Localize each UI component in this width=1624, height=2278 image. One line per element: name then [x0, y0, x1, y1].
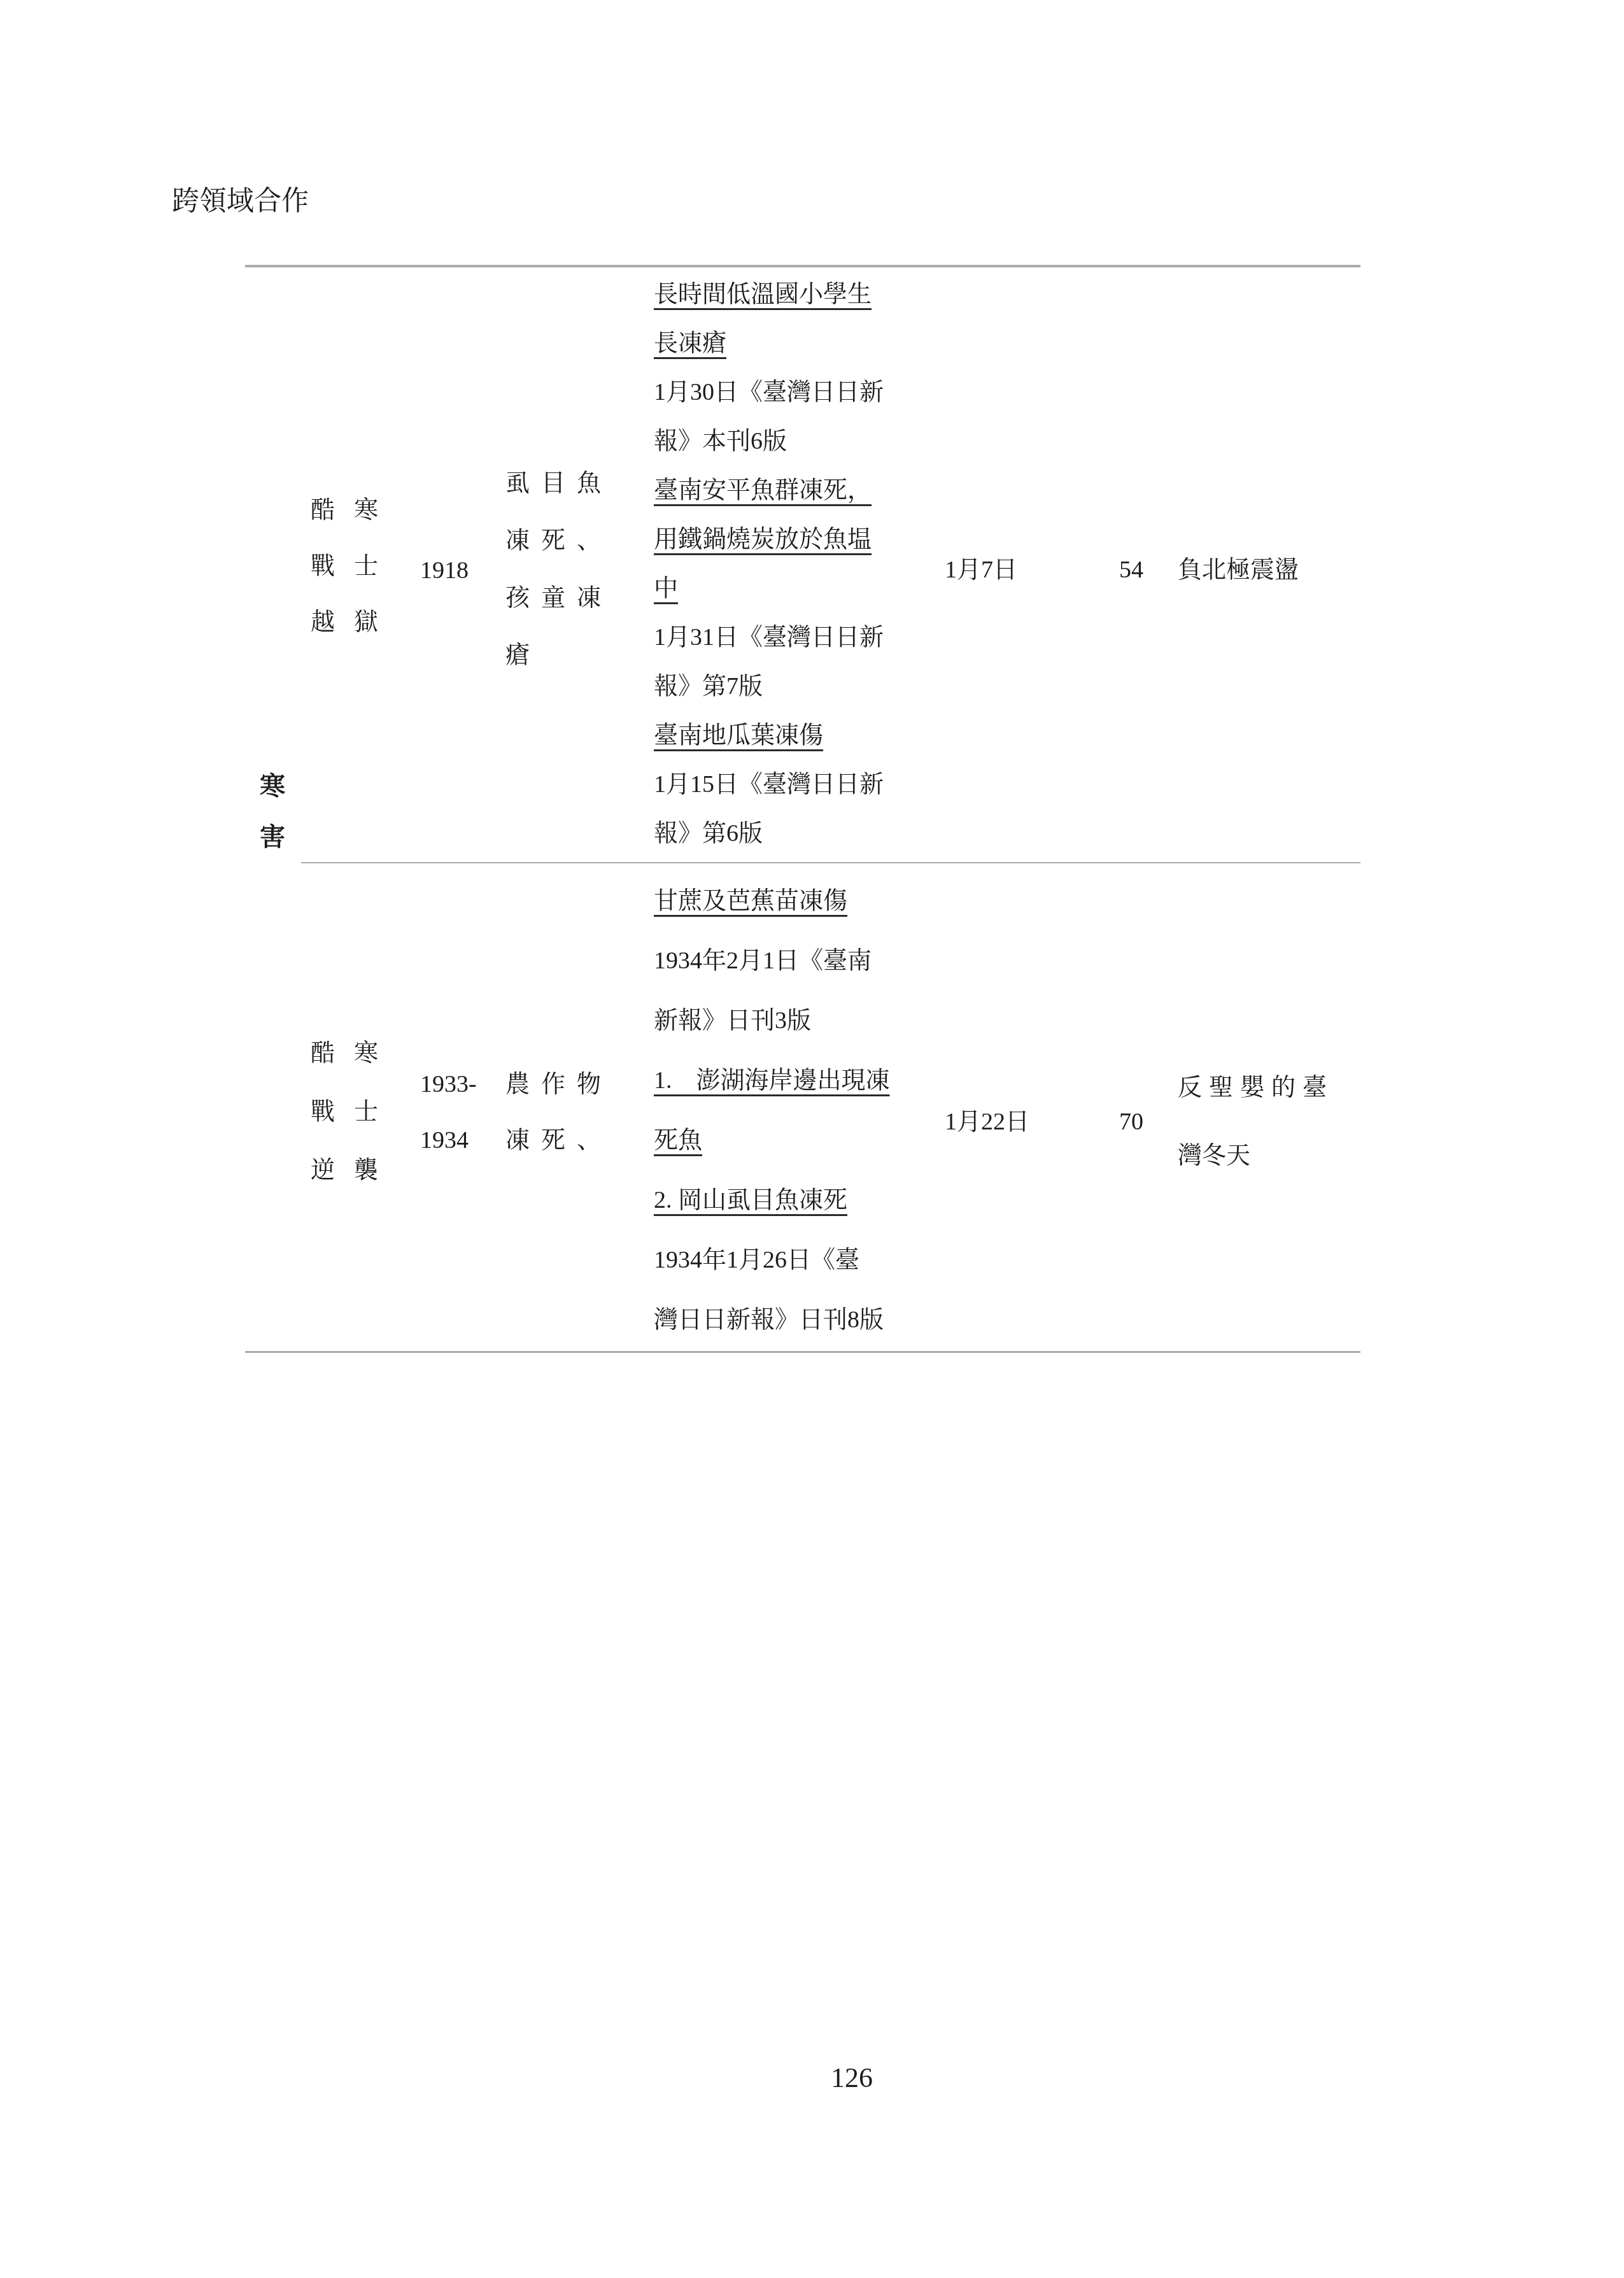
- news-source-line: 2. 岡山虱目魚凍死: [654, 1170, 937, 1230]
- event-name-line: 戰士: [311, 538, 378, 594]
- news-source-line: 臺南安平魚群凍死，: [654, 466, 937, 515]
- row2-news-sources-cell: 甘蔗及芭蕉苗凍傷1934年2月1日《臺南新報》日刊3版1. 澎湖海岸邊出現凍死魚…: [654, 871, 937, 1350]
- news-source-line: 臺南地瓜葉凍傷: [654, 711, 937, 760]
- year-line: 1918: [420, 555, 488, 586]
- row2-count-cell: 70: [1119, 1107, 1157, 1137]
- row1-episode-name-cell: 負北極震盪: [1178, 555, 1327, 585]
- event-name-line: 越獄: [311, 594, 378, 650]
- row2-year-cell: 1933-1934: [420, 1056, 488, 1168]
- year-line: 1934: [420, 1112, 488, 1168]
- disaster-line: 凍死、: [505, 512, 601, 569]
- news-source-line: 報》第7版: [654, 662, 937, 711]
- disaster-line: 孩童凍: [505, 569, 601, 626]
- category-cell: 寒害: [260, 761, 289, 863]
- row1-news-sources-cell: 長時間低溫國小學生長凍瘡1月30日《臺灣日日新報》本刊6版臺南安平魚群凍死，用鐵…: [654, 270, 937, 858]
- news-source-line: 灣日日新報》日刊8版: [654, 1290, 937, 1350]
- document-page: 跨領域合作 寒害 酷寒戰士越獄 1918 虱目魚凍死、孩童凍瘡 長時間低溫國小學…: [0, 0, 1624, 2278]
- row2-disaster-cell: 農作物凍死、: [505, 1056, 601, 1168]
- news-source-line: 1. 澎湖海岸邊出現凍: [654, 1051, 937, 1110]
- row1-year-cell: 1918: [420, 555, 488, 586]
- news-source-line: 1月31日《臺灣日日新: [654, 613, 937, 662]
- news-source-line: 用鐵鍋燒炭放於魚塭: [654, 515, 937, 564]
- news-source-line: 報》第6版: [654, 809, 937, 858]
- disaster-line: 農作物: [505, 1056, 601, 1112]
- news-source-line: 甘蔗及芭蕉苗凍傷: [654, 871, 937, 931]
- table-row-divider: [301, 862, 1360, 863]
- event-name-line: 戰士: [311, 1082, 378, 1141]
- disaster-line: 虱目魚: [505, 455, 601, 512]
- table-bottom-rule: [245, 1351, 1360, 1353]
- row1-date-cell: 1月7日: [945, 555, 1053, 585]
- disaster-line: 瘡: [505, 626, 601, 684]
- page-number: 126: [831, 2062, 873, 2095]
- episode-name-line: 灣冬天: [1178, 1122, 1327, 1190]
- news-source-line: 1934年2月1日《臺南: [654, 931, 937, 991]
- episode-name-line: 反聖嬰的臺: [1178, 1054, 1327, 1122]
- news-source-line: 報》本刊6版: [654, 417, 937, 466]
- news-source-line: 1月15日《臺灣日日新: [654, 760, 937, 809]
- news-source-line: 1月30日《臺灣日日新: [654, 368, 937, 417]
- episode-name-line: 負北極震盪: [1178, 555, 1327, 585]
- row2-episode-name-cell: 反聖嬰的臺灣冬天: [1178, 1054, 1327, 1190]
- event-name-line: 逆襲: [311, 1141, 378, 1199]
- news-source-line: 中: [654, 564, 937, 613]
- year-line: 1933-: [420, 1056, 488, 1112]
- disaster-line: 凍死、: [505, 1112, 601, 1168]
- row2-event-name-cell: 酷寒戰士逆襲: [311, 1024, 378, 1199]
- news-source-line: 新報》日刊3版: [654, 991, 937, 1051]
- row2-date-cell: 1月22日: [945, 1107, 1053, 1137]
- news-source-line: 長凍瘡: [654, 319, 937, 368]
- news-source-line: 長時間低溫國小學生: [654, 270, 937, 319]
- event-name-line: 酷寒: [311, 1024, 378, 1082]
- row1-disaster-cell: 虱目魚凍死、孩童凍瘡: [505, 455, 601, 684]
- table-top-rule: [245, 265, 1360, 267]
- category-line: 害: [260, 812, 289, 863]
- category-line: 寒: [260, 761, 289, 812]
- event-name-line: 酷寒: [311, 482, 378, 538]
- news-source-line: 死魚: [654, 1110, 937, 1170]
- row1-count-cell: 54: [1119, 555, 1157, 585]
- page-header: 跨領域合作: [172, 186, 309, 218]
- row1-event-name-cell: 酷寒戰士越獄: [311, 482, 378, 650]
- news-source-line: 1934年1月26日《臺: [654, 1230, 937, 1290]
